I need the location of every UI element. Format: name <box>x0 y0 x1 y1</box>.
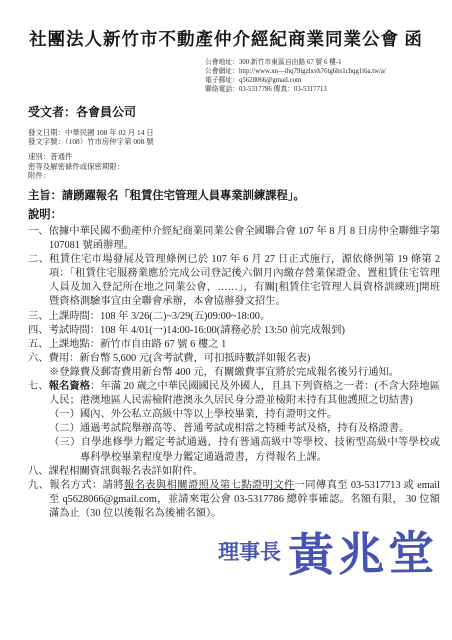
list-item-4: 四、考試時間：108 年 4/01(一)14:00-16:00(請務必於 13:… <box>28 324 440 338</box>
item-9-prefix: 九、報名方式：請將 <box>28 480 124 491</box>
item-7-bold-text: 報名資格 <box>49 381 90 392</box>
list-item-5: 五、上課地點：新竹市自由路 67 號 6 樓之 1 <box>28 338 440 352</box>
list-item-7-sub-1: （一）國內、外公私立高級中等以上學校畢業，持有證明文件。 <box>49 408 440 422</box>
list-item-6-note: ※登錄費及郵寄費用新台幣 400 元，有關繳費事宜將於完成報名後另行通知。 <box>49 366 440 380</box>
meta-block-class: 速別：普通件 密等及解密條件或保密期限： 附件： <box>28 152 452 180</box>
attachment-line: 附件： <box>28 171 452 180</box>
contact-email: 電子郵址：q5628066@gmail.com <box>205 76 452 85</box>
item-7-prefix: 七、 <box>28 381 49 392</box>
signature-name-stamp: 黃兆堂 <box>287 517 438 586</box>
list-item-8: 八、課程相關資訊與報名表詳如附件。 <box>28 465 440 479</box>
speed-level: 速別：普通件 <box>28 152 452 161</box>
list-item-6: 六、費用：新台幣 5,600 元(含考試費，可扣抵時數詳如報名表) <box>28 352 440 366</box>
list-item-2: 二、租賃住宅市場發展及管理條例已於 107 年 6 月 27 日正式施行，源依條… <box>28 253 440 309</box>
explanation-list: 一、依據中華民國不動產仲介經紀商業同業公會全國聯合會 107 年 8 月 8 日… <box>28 225 440 521</box>
document-title: 社團法人新竹市不動產仲介經紀商業同業公會 函 <box>0 0 452 51</box>
list-item-7-sub-2: （二）通過考試院舉辦高等、普通考試或相當之特種考試及格，持有及格證書。 <box>49 422 440 436</box>
contact-block: 公會地址：300 新竹市東區自由路 67 號 6 樓-1 公會網址：http:/… <box>205 58 452 94</box>
list-item-9: 九、報名方式：請將報名表與相關證照及第七點證明文件一同傳真至 03-531771… <box>28 479 440 521</box>
contact-phone: 聯絡電話：03-5317786 傳真：03-5317713 <box>205 85 452 94</box>
list-item-7: 七、報名資格：年滿 20 歲之中華民國國民及外國人，且具下列資格之一者：(不含大… <box>28 380 440 408</box>
doc-number: 發文字號：（108）竹市房仲字第 008 號 <box>28 137 452 146</box>
subject-line: 主旨：請踴躍報名「租賃住宅管理人員專業訓練課程」。 <box>28 187 440 203</box>
list-item-1: 一、依據中華民國不動產仲介經紀商業同業公會全國聯合會 107 年 8 月 8 日… <box>28 225 440 253</box>
contact-website: 公會網址：http://www.xn—ihq79igzlxvh76tg6hs1c… <box>205 67 452 76</box>
list-item-7-sub-3: （三）自學進修學力鑑定考試通過，持有普通高級中等學校、技術型高級中等學校或專科學… <box>49 436 440 464</box>
explanation-label: 說明： <box>28 206 452 222</box>
signature-block: 理事長 黃兆堂 <box>218 518 438 584</box>
signature-title: 理事長 <box>218 536 281 566</box>
contact-address: 公會地址：300 新竹市東區自由路 67 號 6 樓-1 <box>205 58 452 67</box>
item-7-rest: ：年滿 20 歲之中華民國國民及外國人，且具下列資格之一者：(不含大陸地區人民；… <box>49 381 440 406</box>
confidentiality-line: 密等及解密條件或保密期限： <box>28 162 452 171</box>
issue-date: 發文日期：中華民國 108 年 02 月 14 日 <box>28 128 452 137</box>
recipient-line: 受文者：各會員公司 <box>28 103 452 120</box>
meta-block-date: 發文日期：中華民國 108 年 02 月 14 日 發文字號：（108）竹市房仲… <box>28 128 452 146</box>
list-item-3: 三、上課時間：108 年 3/26(二)~3/29(五)09:00~18:00。 <box>28 310 440 324</box>
item-9-underlined-text: 報名表與相關證照及第七點證明文件 <box>124 480 295 491</box>
document-page: 社團法人新竹市不動產仲介經紀商業同業公會 函 公會地址：300 新竹市東區自由路… <box>0 0 452 640</box>
